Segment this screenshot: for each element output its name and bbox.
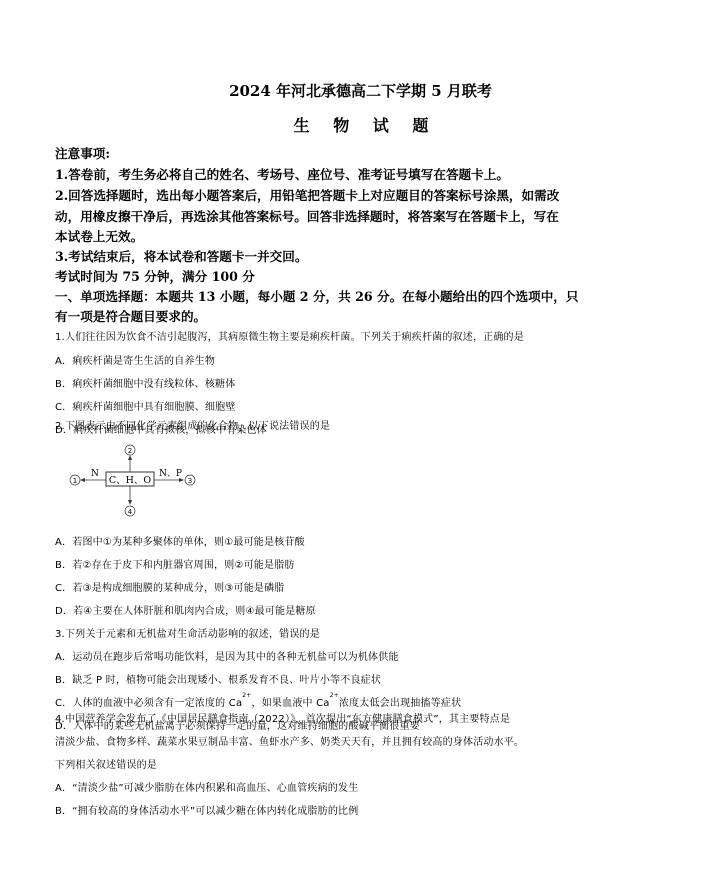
notice-item: 本试卷上无效。 [55,226,143,245]
section-heading: 一、单项选择题：本题共 13 小题，每小题 2 分，共 26 分。在每小题给出的… [55,286,579,305]
notice-item: 1.答卷前，考生务必将自己的姓名、考场号、座位号、准考证号填写在答题卡上。 [55,164,509,183]
option-2b: B．若②存在于皮下和内脏器官周围，则②可能是脂肪 [55,556,295,571]
svg-text:1: 1 [73,477,77,485]
option-3c: C．人体的血液中必须含有一定浓度的 Ca2+，如果血液中 Ca2+浓度太低会出现… [55,694,461,709]
subject-title: 生 物 试 题 [0,113,701,136]
question-1-stem: 1.人们往往因为饮食不洁引起腹泻，其病原微生物主要是痢疾杆菌。下列关于痢疾杆菌的… [55,328,524,343]
option-1c: C．痢疾杆菌细胞中具有细胞膜、细胞壁 [55,398,236,413]
option-1b: B．痢疾杆菌细胞中没有线粒体、核糖体 [55,375,235,390]
exam-page: 2024 年河北承德高二下学期 5 月联考 生 物 试 题 注意事项: 1.答卷… [0,0,701,877]
option-2a: A．若图中①为某种多聚体的单体，则①最可能是核苷酸 [55,533,305,548]
notice-item: 3.考试结束后，将本试卷和答题卡一并交回。 [55,246,307,265]
exam-title: 2024 年河北承德高二下学期 5 月联考 [0,80,701,101]
option-2d: D．若④主要在人体肝脏和肌肉内合成，则④最可能是糖原 [55,602,316,617]
option-4b: B．“拥有较高的身体活动水平”可以减少糖在体内转化成脂肪的比例 [55,802,358,817]
question-4-stem-3: 下列相关叙述错误的是 [55,756,157,771]
option-3c-part: 浓度太低会出现抽搐等症状 [339,698,461,709]
question-4-stem-1: 4.中国营养学会发布了《中国居民膳食指南（2022）》，首次提出“东方健康膳食模… [55,710,510,725]
option-1a: A．痢疾杆菌是寄生生活的自养生物 [55,352,215,367]
time-info: 考试时间为 75 分钟，满分 100 分 [55,266,255,285]
svg-text:2: 2 [128,447,132,455]
option-3c-part: C．人体的血液中必须含有一定浓度的 Ca [55,698,242,709]
option-4a: A．“清淡少盐”可减少脂肪在体内积累和高血压、心血管疾病的发生 [55,779,358,794]
question-3-stem: 3.下列关于元素和无机盐对生命活动影响的叙述，错误的是 [55,625,320,640]
svg-text:N: N [91,469,99,479]
option-3c-part: ，如果血液中 Ca [252,698,330,709]
option-2c: C．若③是构成细胞膜的某种成分，则③可能是磷脂 [55,579,285,594]
compound-diagram: C、H、O N 1 2 N、P 3 4 [66,442,216,520]
svg-text:4: 4 [128,508,133,516]
option-3a: A．运动员在跑步后常喝功能饮料，是因为其中的各种无机盐可以为机体供能 [55,648,399,663]
question-2-stem: 2.下图表示由不同化学元素组成的化合物，以下说法错误的是 [55,417,330,432]
option-3b: B．缺乏 P 时，植物可能会出现矮小、根系发育不良、叶片小等不良症状 [55,671,381,686]
section-heading-cont: 有一项是符合题目要求的。 [55,306,206,325]
superscript: 2+ [330,692,339,699]
center-elements: C、H、O [109,475,152,486]
svg-text:3: 3 [188,477,192,485]
notice-item: 2.回答选择题时，选出每小题答案后，用铅笔把答题卡上对应题目的答案标号涂黑，如需… [55,185,559,204]
superscript: 2+ [242,692,251,699]
notice-heading: 注意事项: [55,143,110,162]
notice-item: 动，用橡皮擦干净后，再选涂其他答案标号。回答非选择题时，将答案写在答题卡上，写在 [55,206,559,225]
question-4-stem-2: 清淡少盐、食物多样、蔬菜水果豆制品丰富、鱼虾水产多、奶类天天有，并且拥有较高的身… [55,733,524,748]
svg-text:N、P: N、P [159,469,182,479]
